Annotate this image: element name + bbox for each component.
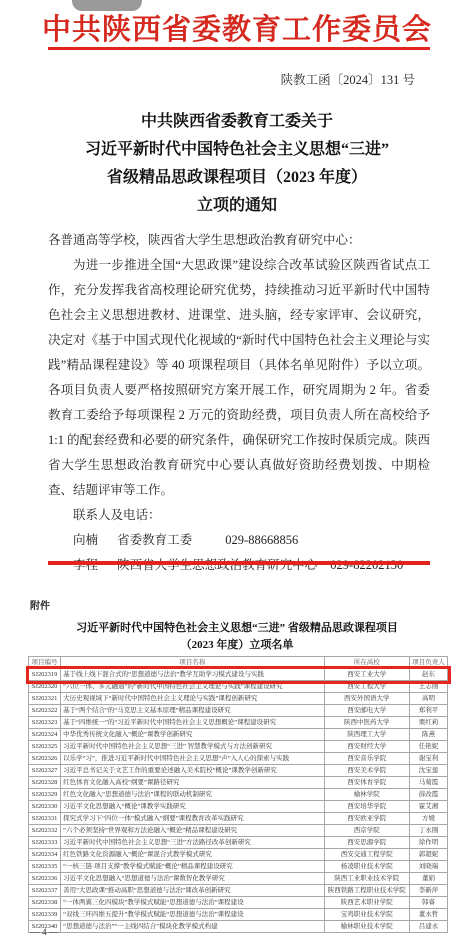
notice-title-line-3: 省级精品思政课程项目（2023 年度） bbox=[0, 164, 474, 192]
table-row: SJ202325习近平新时代中国特色社会主义思想“三进” 智慧教学模式与方法创新… bbox=[29, 741, 448, 753]
project-leader: 郭超妮 bbox=[409, 849, 447, 861]
project-school: 陕西中医药大学 bbox=[324, 717, 409, 729]
project-title: 习近平总书记关于文艺工作的重要论述融入美术院校“概论”课教学创新研究 bbox=[61, 765, 325, 777]
project-title: 红色体育文化融入高校“纲要”课路径研究 bbox=[61, 777, 325, 789]
project-id: SJ202322 bbox=[29, 705, 61, 717]
project-school: 榆林学院 bbox=[324, 789, 409, 801]
contact-phone: 029-88668856 bbox=[225, 533, 298, 547]
project-title: 红色铁路文化资源融入“概论”课混合式教学模式研究 bbox=[61, 849, 325, 861]
doc-number: 陕教工函〔2024〕131 号 bbox=[0, 70, 415, 88]
project-title: 中华优秀传统文化融入“概论”课教学创新研究 bbox=[61, 729, 325, 741]
project-id: SJ202326 bbox=[29, 753, 61, 765]
project-title: 以乐学“习”，推进习近平新时代中国特色社会主义思想“声”入人心的探索与实践 bbox=[61, 753, 325, 765]
table-row: SJ202320“六位一体、多元融通”的“新时代中国特色社会主义理论与实践”课程… bbox=[29, 681, 448, 693]
contact-org: 省委教育工委 bbox=[117, 533, 192, 547]
attachment-title: 习近平新时代中国特色社会主义思想“三进” 省级精品思政课程项目 （2023 年度… bbox=[0, 620, 474, 654]
column-header: 所在高校 bbox=[324, 657, 409, 669]
project-leader: 薛改霞 bbox=[409, 789, 447, 801]
project-leader: 马菊霞 bbox=[409, 777, 447, 789]
column-header: 项目编号 bbox=[29, 657, 61, 669]
table-row: SJ202338“一体两翼三化四模块”教学模式赋能“思想道德与法治”课程建设陕西… bbox=[29, 897, 448, 909]
project-id: SJ202335 bbox=[29, 861, 61, 873]
project-title: 基于“两个结合”的“马克思主义基本原理”精品课程建设研究 bbox=[61, 705, 325, 717]
project-school: 西安思源学院 bbox=[324, 837, 409, 849]
project-id: SJ202332 bbox=[29, 825, 61, 837]
table-header-row: 项目编号项目名称所在高校项目负责人 bbox=[29, 657, 448, 669]
table-row: SJ202324中华优秀传统文化融入“概论”课教学创新研究陕西理工大学陈燕 bbox=[29, 729, 448, 741]
letterhead-divider bbox=[48, 47, 430, 50]
table-row: SJ202322基于“两个结合”的“马克思主义基本原理”精品课程建设研究西安邮电… bbox=[29, 705, 448, 717]
project-title: “一核三链·项目支撑”教学模式赋能“概论”精品课程建设研究 bbox=[61, 861, 325, 873]
project-title: “一体两翼三化四模块”教学模式赋能“思想道德与法治”课程建设 bbox=[61, 897, 325, 909]
project-table: 项目编号项目名称所在高校项目负责人 SJ202319基于线上线下混合式的“思想道… bbox=[28, 656, 448, 933]
notice-title: 中共陕西省委教育工委关于 习近平新时代中国特色社会主义思想“三进” 省级精品思政… bbox=[0, 108, 474, 220]
project-title: 习近平文化思想融入“思想道德与法治”课数智化教学研究 bbox=[61, 873, 325, 885]
project-id: SJ202338 bbox=[29, 897, 61, 909]
project-id: SJ202319 bbox=[29, 669, 61, 681]
table-row: SJ202339“双线三环四维五提升”教学模式赋能“思想道德与法治”课程建设宝鸡… bbox=[29, 909, 448, 921]
project-title: 探究式学习下“四位一体”模式融入“纲要”课程教育改革实践研究 bbox=[61, 813, 325, 825]
project-title: 基于“四维统一”的“习近平新时代中国特色社会主义思想概论”课程建设研究 bbox=[61, 717, 325, 729]
project-id: SJ202336 bbox=[29, 873, 61, 885]
contact-row-2: 李程 陕西省大学生思想政治教育研究中心 029-82202130 bbox=[48, 553, 430, 578]
contact-name: 向楠 bbox=[73, 533, 98, 547]
table-row: SJ202337善用“大思政课”推动高职“思想道德与法治”课改革创新研究陕西铁路… bbox=[29, 885, 448, 897]
project-school: 陕西工业职业技术学院 bbox=[324, 873, 409, 885]
project-title: 红色文化融入“思想道德与法治”课程的联动机制研究 bbox=[61, 789, 325, 801]
project-leader: 沈宝莲 bbox=[409, 765, 447, 777]
attachment-label: 附件 bbox=[30, 597, 50, 612]
table-row: SJ202336习近平文化思想融入“思想道德与法治”课数智化教学研究陕西工业职业… bbox=[29, 873, 448, 885]
project-school: 西安培华学院 bbox=[324, 801, 409, 813]
project-leader: 谢宝利 bbox=[409, 753, 447, 765]
project-id: SJ202327 bbox=[29, 765, 61, 777]
project-leader: 董娟 bbox=[409, 873, 447, 885]
project-school: 西安外国语大学 bbox=[324, 693, 409, 705]
project-school: 西京学院 bbox=[324, 825, 409, 837]
project-title: 善用“大思政课”推动高职“思想道德与法治”课改革创新研究 bbox=[61, 885, 325, 897]
salutation: 各普通高等学校，陕西省大学生思想政治教育研究中心： bbox=[48, 228, 430, 253]
highlighted-table-row: SJ202319基于线上线下混合式的“思想道德与法治”教学互助学习模式建设与实践… bbox=[29, 669, 448, 681]
project-school: 陕西艺术职业学院 bbox=[324, 897, 409, 909]
notice-title-line-4: 立项的通知 bbox=[0, 192, 474, 220]
attachment-title-line-2: （2023 年度）立项名单 bbox=[0, 637, 474, 654]
project-leader: 任艳妮 bbox=[409, 741, 447, 753]
main-paragraph: 为进一步推进全国“大思政课”建设综合改革试验区陕西省试点工作，充分发挥我省高校理… bbox=[48, 253, 430, 503]
notice-body: 各普通高等学校，陕西省大学生思想政治教育研究中心： 为进一步推进全国“大思政课”… bbox=[48, 228, 430, 578]
project-title: 习近平文化思想融入“概论”课教学实践研究 bbox=[61, 801, 325, 813]
project-leader: 吕建永 bbox=[409, 921, 447, 933]
project-title: 习近平新时代中国特色社会主义思想“三进”方法路径改革创新研究 bbox=[61, 837, 325, 849]
project-title: 大历史观视域下“新时代中国特色社会主义理论与实践”课程创新研究 bbox=[61, 693, 325, 705]
project-id: SJ202323 bbox=[29, 717, 61, 729]
table-row: SJ202330习近平文化思想融入“概论”课教学实践研究西安培华学院霍艾湘 bbox=[29, 801, 448, 813]
table-row: SJ202321大历史观视域下“新时代中国特色社会主义理论与实践”课程创新研究西… bbox=[29, 693, 448, 705]
column-header: 项目名称 bbox=[61, 657, 325, 669]
table-row: SJ202328红色体育文化融入高校“纲要”课路径研究西安体育学院马菊霞 bbox=[29, 777, 448, 789]
project-school: 陕西铁路工程职业技术学院 bbox=[324, 885, 409, 897]
project-school: 宝鸡职业技术学院 bbox=[324, 909, 409, 921]
project-id: SJ202325 bbox=[29, 741, 61, 753]
contact-heading: 联系人及电话： bbox=[48, 503, 430, 528]
project-title: 习近平新时代中国特色社会主义思想“三进” 智慧教学模式与方法创新研究 bbox=[61, 741, 325, 753]
project-id: SJ202329 bbox=[29, 789, 61, 801]
project-leader: 韩睿 bbox=[409, 897, 447, 909]
project-id: SJ202331 bbox=[29, 813, 61, 825]
project-school: 杨凌职业技术学院 bbox=[324, 861, 409, 873]
project-title: 基于线上线下混合式的“思想道德与法治”教学互助学习模式建设与实践 bbox=[61, 669, 325, 681]
project-id: SJ202337 bbox=[29, 885, 61, 897]
project-leader: 霍艾湘 bbox=[409, 801, 447, 813]
project-school: 西安美术学院 bbox=[324, 765, 409, 777]
project-school: 西安工业大学 bbox=[324, 669, 409, 681]
document-page: 中共陕西省委教育工作委员会 陕教工函〔2024〕131 号 中共陕西省委教育工委… bbox=[0, 0, 474, 945]
project-id: SJ202333 bbox=[29, 837, 61, 849]
project-leader: 李新萍 bbox=[409, 885, 447, 897]
project-title: “双线三环四维五提升”教学模式赋能“思想道德与法治”课程建设 bbox=[61, 909, 325, 921]
table-row: SJ202329红色文化融入“思想道德与法治”课程的联动机制研究榆林学院薛改霞 bbox=[29, 789, 448, 801]
project-school: 榆林职业技术学院 bbox=[324, 921, 409, 933]
project-title: “六个必须坚持”世界观和方法论融入“概论”精品课程建设研究 bbox=[61, 825, 325, 837]
project-leader: 郑利平 bbox=[409, 705, 447, 717]
letterhead-title: 中共陕西省委教育工作委员会 bbox=[0, 7, 474, 48]
project-leader: 刘晓瑞 bbox=[409, 861, 447, 873]
column-header: 项目负责人 bbox=[409, 657, 447, 669]
project-leader: 陈燕 bbox=[409, 729, 447, 741]
project-school: 西安体育学院 bbox=[324, 777, 409, 789]
table-row: SJ202334红色铁路文化资源融入“概论”课混合式教学模式研究西安交通工程学院… bbox=[29, 849, 448, 861]
project-leader: 栗红莉 bbox=[409, 717, 447, 729]
table-row: SJ202323基于“四维统一”的“习近平新时代中国特色社会主义思想概论”课程建… bbox=[29, 717, 448, 729]
project-id: SJ202320 bbox=[29, 681, 61, 693]
project-id: SJ202330 bbox=[29, 801, 61, 813]
project-school: 西安财经大学 bbox=[324, 741, 409, 753]
table-row: SJ202326以乐学“习”，推进习近平新时代中国特色社会主义思想“声”入人心的… bbox=[29, 753, 448, 765]
contact-row-1: 向楠 省委教育工委 029-88668856 bbox=[48, 528, 430, 553]
table-row: SJ202327习近平总书记关于文艺工作的重要论述融入美术院校“概论”课教学创新… bbox=[29, 765, 448, 777]
project-id: SJ202339 bbox=[29, 909, 61, 921]
project-leader: 赵东 bbox=[409, 669, 447, 681]
project-leader: 高明 bbox=[409, 693, 447, 705]
project-school: 西安欧亚学院 bbox=[324, 813, 409, 825]
table-row: SJ202333习近平新时代中国特色社会主义思想“三进”方法路径改革创新研究西安… bbox=[29, 837, 448, 849]
table-row: SJ202340“思想道德与法治”“一主线四结合”模块化教学模式构建榆林职业技术… bbox=[29, 921, 448, 933]
section-divider bbox=[48, 561, 430, 565]
project-leader: 徐作明 bbox=[409, 837, 447, 849]
notice-title-line-2: 习近平新时代中国特色社会主义思想“三进” bbox=[0, 136, 474, 164]
project-id: SJ202324 bbox=[29, 729, 61, 741]
table-row: SJ202331探究式学习下“四位一体”模式融入“纲要”课程教育改革实践研究西安… bbox=[29, 813, 448, 825]
project-leader: 王志刚 bbox=[409, 681, 447, 693]
project-leader: 丁永刚 bbox=[409, 825, 447, 837]
project-title: “六位一体、多元融通”的“新时代中国特色社会主义理论与实践”课程建设研究 bbox=[61, 681, 325, 693]
project-id: SJ202334 bbox=[29, 849, 61, 861]
project-id: SJ202328 bbox=[29, 777, 61, 789]
project-school: 西安工程大学 bbox=[324, 681, 409, 693]
project-table-body: SJ202319基于线上线下混合式的“思想道德与法治”教学互助学习模式建设与实践… bbox=[29, 669, 448, 933]
project-leader: 方媛 bbox=[409, 813, 447, 825]
table-row: SJ202335“一核三链·项目支撑”教学模式赋能“概论”精品课程建设研究杨凌职… bbox=[29, 861, 448, 873]
project-school: 西安交通工程学院 bbox=[324, 849, 409, 861]
project-leader: 董永哲 bbox=[409, 909, 447, 921]
attachment-title-line-1: 习近平新时代中国特色社会主义思想“三进” 省级精品思政课程项目 bbox=[0, 620, 474, 637]
project-school: 西安音乐学院 bbox=[324, 753, 409, 765]
page-number: — 4 — bbox=[30, 928, 59, 938]
notice-title-line-1: 中共陕西省委教育工委关于 bbox=[0, 108, 474, 136]
project-school: 陕西理工大学 bbox=[324, 729, 409, 741]
project-school: 西安邮电大学 bbox=[324, 705, 409, 717]
table-row: SJ202332“六个必须坚持”世界观和方法论融入“概论”精品课程建设研究西京学… bbox=[29, 825, 448, 837]
project-id: SJ202321 bbox=[29, 693, 61, 705]
project-title: “思想道德与法治”“一主线四结合”模块化教学模式构建 bbox=[61, 921, 325, 933]
